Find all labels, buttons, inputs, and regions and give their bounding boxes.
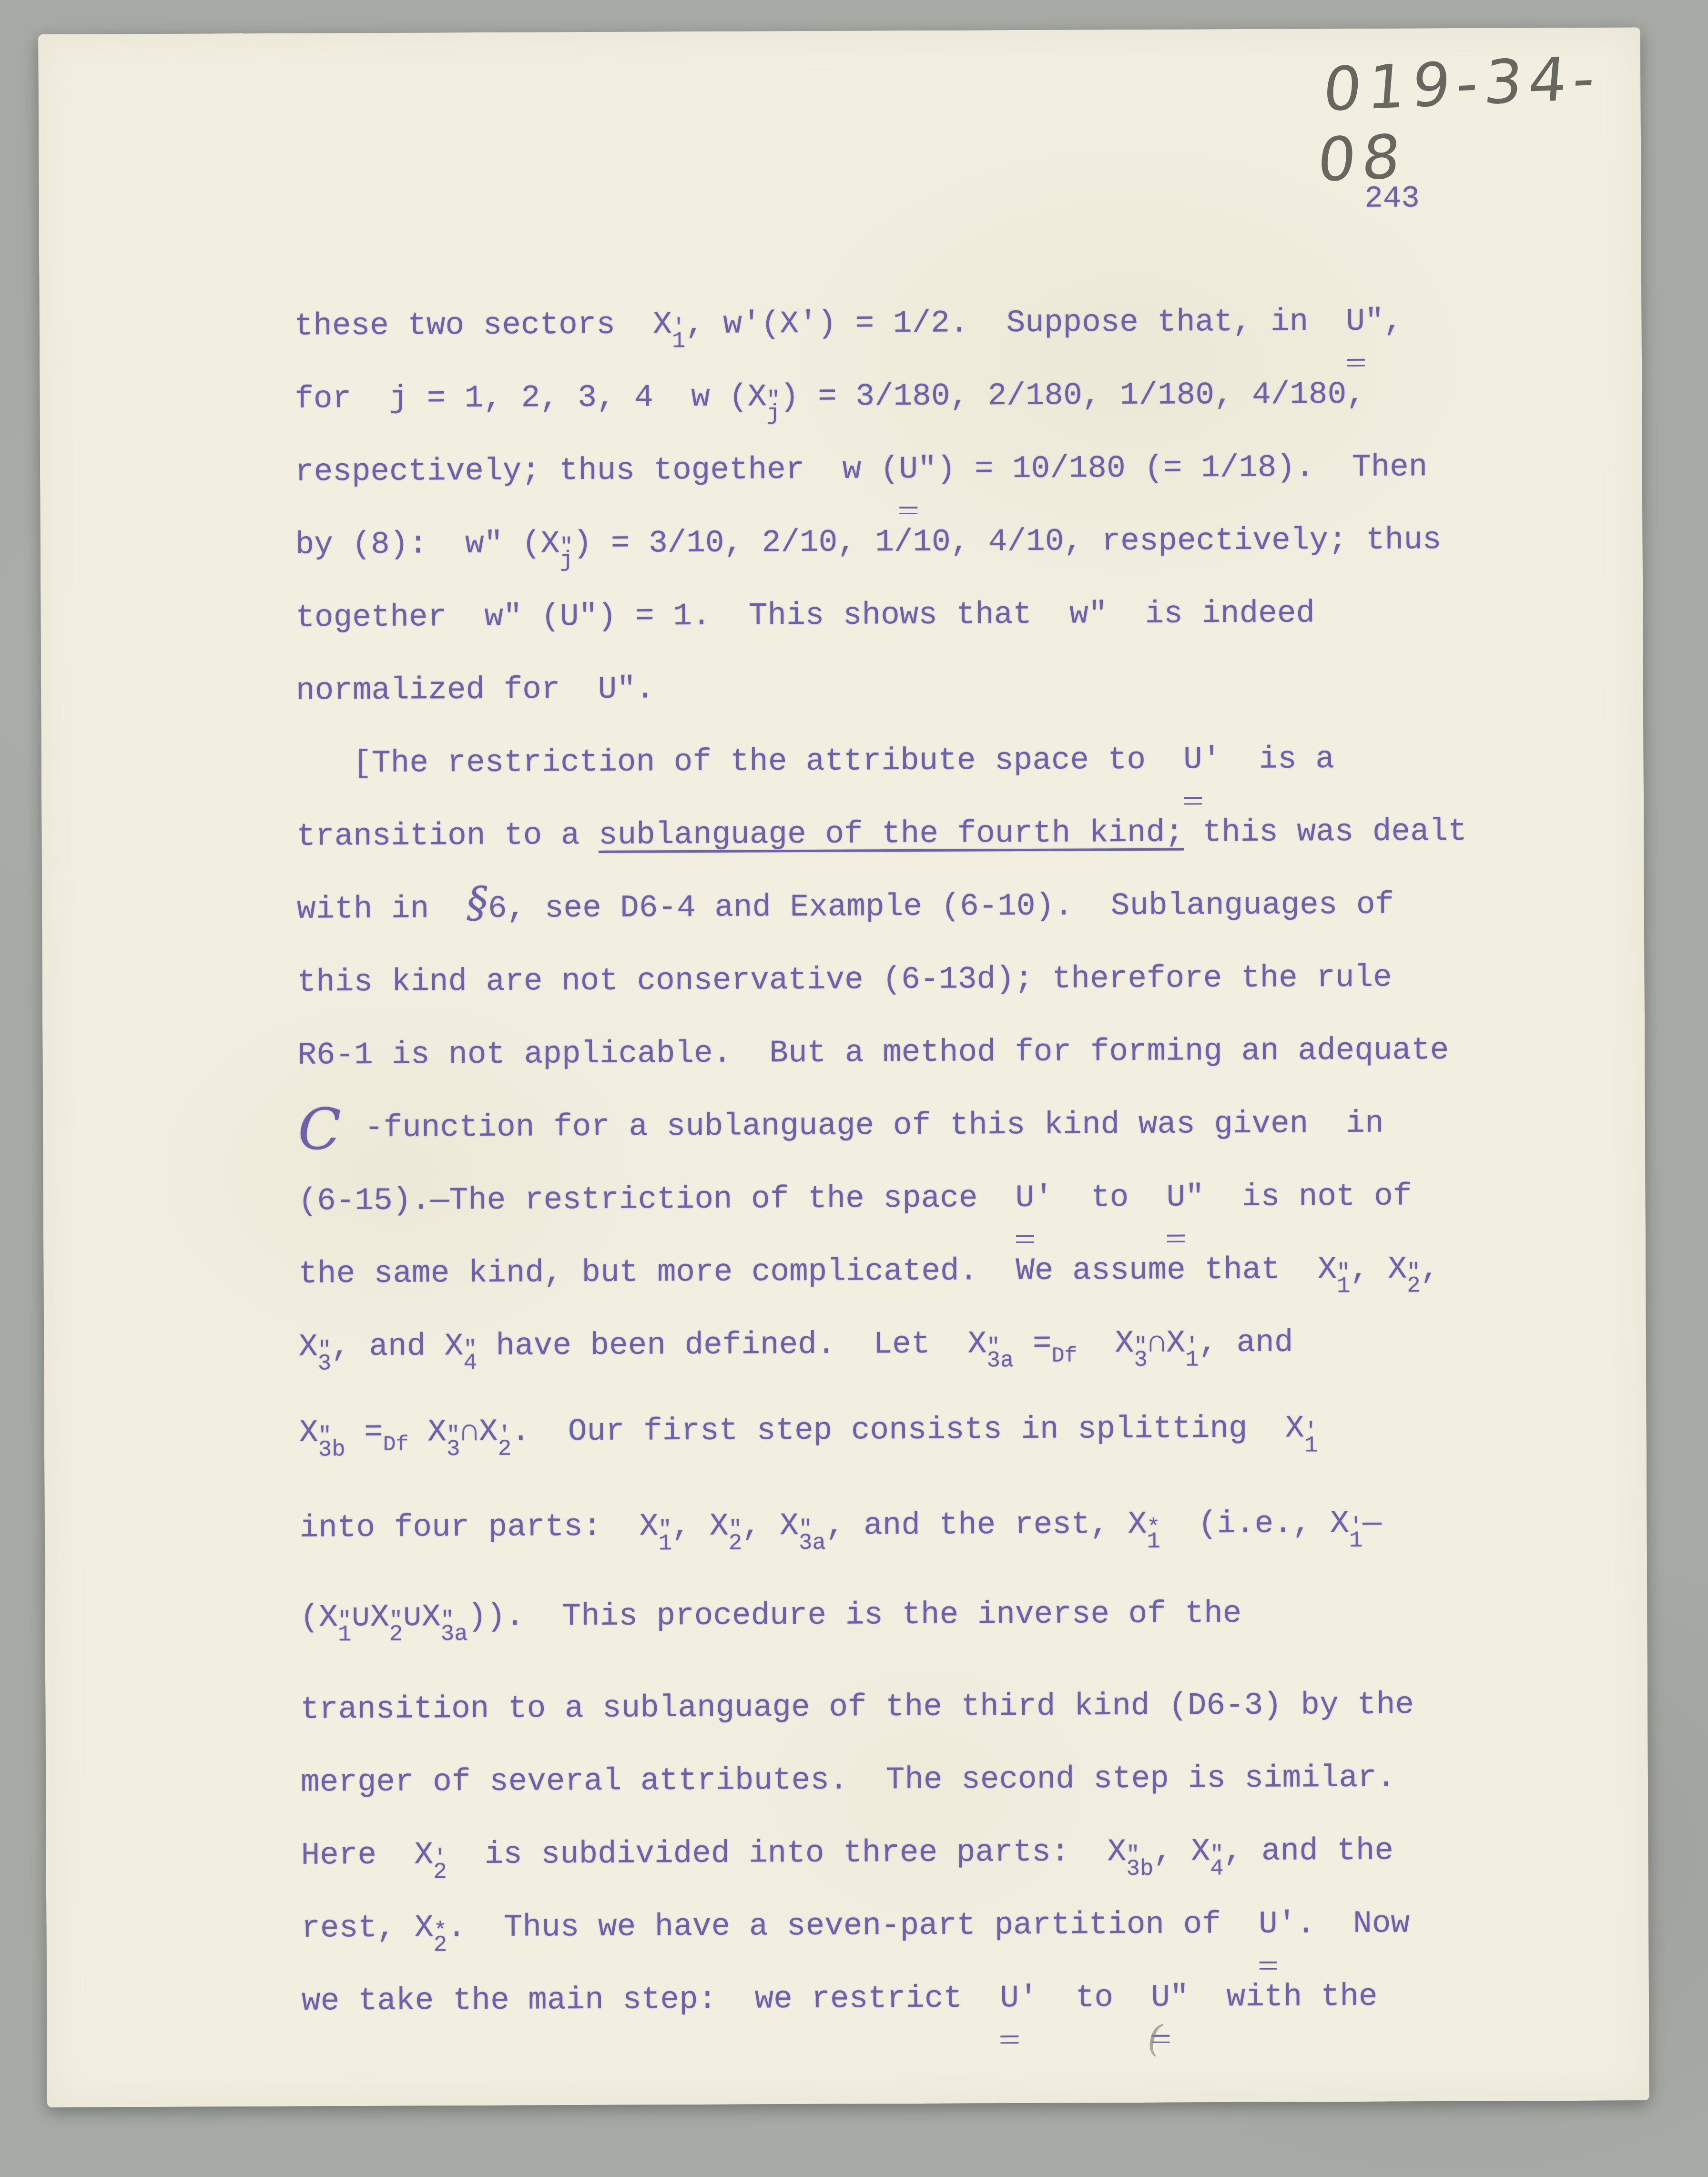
text-run: , and the rest, X — [826, 1506, 1147, 1544]
subscript-index: 1 — [1304, 1439, 1318, 1453]
text-run: ' to — [1019, 1980, 1151, 2016]
text-run: — — [1362, 1506, 1382, 1541]
sub-sup-symbol: "j — [766, 394, 780, 421]
handwritten-script-c: C — [298, 1097, 342, 1162]
subscript-index: 1 — [672, 335, 686, 348]
text-run: . Thus we have a seven-part partition of — [447, 1906, 1259, 1945]
page-number: 243 — [1364, 182, 1420, 216]
subscript-index: j — [767, 407, 781, 421]
text-run: (6-15).—The restriction of the space — [298, 1180, 1016, 1219]
text-line: these two sectors X'1, w'(X') = 1/2. Sup… — [294, 284, 1557, 363]
subscript-index: 4 — [463, 1356, 477, 1370]
text-run: into four parts: X — [300, 1509, 659, 1546]
sub-sup-symbol: '1 — [1349, 1520, 1363, 1547]
sub-sup-symbol: "3a — [986, 1341, 1014, 1368]
pencil-annotation: 019-34-08 — [1315, 41, 1646, 195]
subscript-index: 2 — [1407, 1280, 1421, 1293]
sub-sup-symbol: "1 — [658, 1523, 672, 1550]
sub-sup-symbol: "3b — [318, 1429, 345, 1456]
text-run: X — [299, 1329, 318, 1364]
text-run: ' to — [1034, 1180, 1167, 1216]
sub-sup-symbol: "2 — [729, 1523, 742, 1550]
subscript-label: Df — [1052, 1344, 1078, 1368]
subscript-index: 3a — [441, 1628, 468, 1641]
text-line: X"3, and X"4 have been defined. Let X"3a… — [299, 1305, 1562, 1396]
text-run: ", — [1365, 304, 1403, 339]
double-underlined-term: U — [1183, 723, 1202, 796]
text-run: (i.e., X — [1160, 1506, 1349, 1542]
sub-sup-symbol: "4 — [1210, 1848, 1224, 1875]
text-run: , X — [742, 1508, 799, 1544]
underlined-phrase: sublanguage of the fourth kind; — [599, 815, 1184, 853]
subscript-index: 2 — [433, 1865, 447, 1879]
text-line: rest, X*2. Thus we have a seven-part par… — [301, 1886, 1565, 1965]
subscript-index: 3b — [1126, 1862, 1153, 1876]
double-underlined-term: U — [1259, 1888, 1278, 1961]
text-line: R6-1 is not applicable. But a method for… — [297, 1013, 1561, 1092]
sub-sup-symbol: "1 — [338, 1614, 352, 1641]
text-run: these two sectors X — [295, 306, 672, 344]
text-run: the same kind, but more complicated. We … — [298, 1251, 1337, 1292]
sub-sup-symbol: "3a — [440, 1614, 468, 1641]
text-line: X"3b =Df X"3∩X'2. Our first step consist… — [299, 1391, 1562, 1482]
text-run: transition to a — [296, 817, 599, 855]
sub-sup-symbol: '1 — [672, 321, 686, 348]
sub-sup-symbol: *1 — [1147, 1521, 1160, 1548]
text-line: the same kind, but more complicated. We … — [298, 1232, 1562, 1311]
text-run: , and X — [331, 1328, 464, 1364]
text-run: respectively; thus together w ( — [295, 451, 899, 490]
text-line: merger of several attributes. The second… — [301, 1740, 1564, 1819]
text-run: , and the — [1223, 1833, 1393, 1870]
text-run: 6, see D6-4 and Example (6-10). Sublangu… — [488, 887, 1394, 926]
text-line: Here X'2 is subdivided into three parts:… — [301, 1813, 1564, 1892]
sub-sup-symbol: "3a — [799, 1523, 826, 1550]
text-run: , X — [672, 1508, 729, 1545]
text-run: ' is a — [1202, 741, 1335, 777]
text-run: for j = 1, 2, 3, 4 w (X — [295, 379, 766, 417]
text-run: we take the main step: we restrict — [302, 1981, 1000, 2019]
subscript-index: 3a — [986, 1354, 1014, 1368]
text-run: , w'(X') = 1/2. Suppose that, in — [685, 304, 1346, 342]
text-line: transition to a sublanguage of the fourt… — [296, 794, 1560, 873]
text-run: " is not of — [1185, 1178, 1412, 1215]
text-run: , — [1420, 1251, 1439, 1287]
text-run: " with the — [1170, 1979, 1378, 2015]
text-run: ") = 10/180 (= 1/18). Then — [918, 449, 1428, 487]
double-underlined-term: U — [1166, 1161, 1185, 1234]
subscript-label: Df — [383, 1433, 409, 1457]
subscript-index: 2 — [434, 1938, 447, 1952]
sub-sup-symbol: "2 — [389, 1614, 403, 1641]
text-run: . Our first step consists in splitting X — [511, 1411, 1304, 1450]
text-run: ∩X — [1148, 1325, 1186, 1361]
double-underlined-term: U — [1000, 1962, 1019, 2035]
sub-sup-symbol: '1 — [1185, 1340, 1199, 1367]
double-underlined-term: U — [1015, 1161, 1034, 1234]
subscript-index: 3 — [318, 1357, 332, 1371]
text-line: for j = 1, 2, 3, 4 w (X"j) = 3/180, 2/18… — [295, 357, 1558, 436]
text-run: , X — [1153, 1834, 1210, 1870]
double-underlined-term: U — [899, 433, 918, 506]
text-line: by (8): w" (X"j) = 3/10, 2/10, 1/10, 4/1… — [295, 503, 1558, 581]
text-run: -function for a sublanguage of this kind… — [346, 1106, 1384, 1146]
subscript-index: 1 — [1147, 1535, 1160, 1548]
text-run: transition to a sublanguage of the third… — [300, 1687, 1414, 1728]
subscript-index: 3a — [799, 1536, 826, 1550]
text-run: '. Now — [1278, 1906, 1410, 1942]
subscript-index: 2 — [729, 1536, 742, 1550]
handwritten-section-symbol: § — [467, 878, 488, 927]
sub-sup-symbol: *2 — [434, 1925, 447, 1952]
text-run: X — [408, 1414, 447, 1450]
text-line: transition to a sublanguage of the third… — [300, 1668, 1564, 1746]
subscript-index: 3 — [447, 1443, 460, 1456]
text-line: C -function for a sublanguage of this ki… — [298, 1086, 1561, 1165]
sub-sup-symbol: '2 — [498, 1429, 511, 1456]
subscript-index: 1 — [1337, 1280, 1351, 1293]
text-run: together w" (U") = 1. This shows that w"… — [295, 595, 1315, 635]
text-line: respectively; thus together w (U") = 10/… — [295, 430, 1558, 509]
text-run: )). This procedure is the inverse of the — [468, 1596, 1241, 1635]
text-line: (X"1∪X"2∪X"3a)). This procedure is the i… — [300, 1576, 1563, 1654]
sub-sup-symbol: '1 — [1304, 1425, 1318, 1452]
text-run: have been defined. Let X — [477, 1326, 987, 1364]
subscript-index: 1 — [1185, 1353, 1199, 1367]
text-line: [The restriction of the attribute space … — [296, 722, 1559, 800]
text-line: this kind are not conservative (6-13d); … — [297, 940, 1560, 1019]
text-run: Here X — [301, 1837, 434, 1873]
text-run: X — [299, 1415, 318, 1451]
text-run: X — [1077, 1325, 1134, 1362]
text-line: with in §6, see D6-4 and Example (6-10).… — [297, 867, 1560, 946]
text-run: merger of several attributes. The second… — [301, 1760, 1395, 1801]
text-run: R6-1 is not applicable. But a method for… — [297, 1032, 1449, 1073]
text-line: (6-15).—The restriction of the space U' … — [298, 1159, 1561, 1238]
sub-sup-symbol: "4 — [463, 1343, 477, 1370]
sub-sup-symbol: "3 — [1134, 1340, 1148, 1367]
text-line: we take the main step: we restrict U' to… — [302, 1959, 1565, 2038]
text-run: rest, X — [301, 1910, 434, 1946]
text-run: = — [345, 1414, 383, 1450]
sub-sup-symbol: "j — [559, 540, 573, 568]
text-line: into four parts: X"1, X"2, X"3a, and the… — [299, 1486, 1563, 1565]
sub-sup-symbol: "3b — [1126, 1849, 1153, 1876]
double-underlined-term: U — [1346, 285, 1365, 358]
sub-sup-symbol: "1 — [1337, 1266, 1351, 1293]
typescript-text-block: these two sectors X'1, w'(X') = 1/2. Sup… — [294, 284, 1565, 2038]
subscript-index: 1 — [658, 1537, 672, 1551]
text-run: ∪X — [351, 1599, 389, 1635]
text-run: ∩X — [460, 1414, 498, 1450]
text-run: by (8): w" (X — [295, 526, 560, 562]
sub-sup-symbol: "2 — [1407, 1266, 1421, 1293]
subscript-index: 4 — [1210, 1862, 1224, 1876]
text-run: is subdivided into three parts: X — [447, 1834, 1126, 1872]
text-run: [The restriction of the attribute space … — [353, 742, 1183, 782]
subscript-index: 3b — [318, 1443, 346, 1457]
subscript-index: 2 — [498, 1442, 512, 1456]
text-run: with in — [297, 891, 467, 927]
text-line: normalized for U". — [296, 649, 1559, 727]
subscript-index: 1 — [338, 1628, 352, 1642]
text-run: ) = 3/10, 2/10, 1/10, 4/10, respectively… — [573, 522, 1442, 561]
subscript-index: 2 — [389, 1628, 403, 1641]
subscript-index: 1 — [1349, 1534, 1363, 1548]
text-run: = — [1014, 1326, 1052, 1362]
text-run: (X — [300, 1600, 338, 1636]
text-run: normalized for U". — [296, 671, 655, 708]
text-run: ∪X — [403, 1599, 441, 1635]
sub-sup-symbol: '2 — [433, 1852, 447, 1879]
text-line: together w" (U") = 1. This shows that w"… — [295, 576, 1559, 654]
text-run: ) = 3/180, 2/180, 1/180, 4/180, — [780, 376, 1365, 415]
subscript-index: 3 — [1134, 1353, 1148, 1367]
text-run: , and — [1199, 1325, 1293, 1361]
document-page: 019-34-08 243 these two sectors X'1, w'(… — [38, 27, 1649, 2107]
subscript-index: j — [559, 554, 573, 568]
text-run: this kind are not conservative (6-13d); … — [297, 960, 1392, 1000]
sub-sup-symbol: "3 — [447, 1429, 460, 1456]
scan-backdrop: { "page": { "backdrop_color": "#a7a9a5",… — [0, 0, 1708, 2177]
text-run: this was dealt — [1184, 814, 1467, 851]
text-run: , X — [1350, 1251, 1407, 1287]
sub-sup-symbol: "3 — [318, 1343, 332, 1371]
